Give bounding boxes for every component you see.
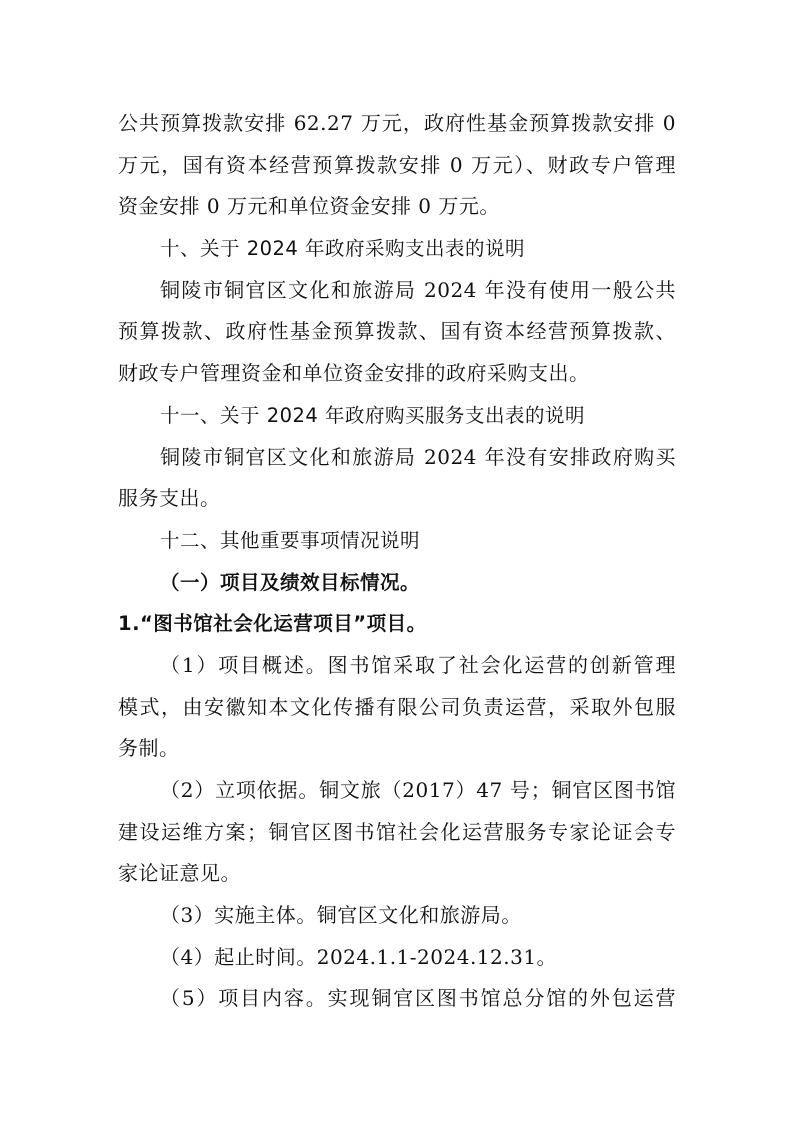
document-page: 公共预算拨款安排 62.27 万元，政府性基金预算拨款安排 0 万元，国有资本经… <box>118 103 676 1020</box>
paragraph-line: 建设运维方案；铜官区图书馆社会化运营服务专家论证会专 <box>118 812 676 854</box>
paragraph-line: 财政专户管理资金和单位资金安排的政府采购支出。 <box>118 353 676 395</box>
paragraph-line: 资金安排 0 万元和单位资金安排 0 万元。 <box>118 186 676 228</box>
paragraph-line: 铜陵市铜官区文化和旅游局 2024 年没有使用一般公共 <box>118 270 676 312</box>
paragraph-line: 服务支出。 <box>118 478 676 520</box>
paragraph-line: （1）项目概述。图书馆采取了社会化运营的创新管理 <box>118 645 676 687</box>
paragraph-line: （5）项目内容。实现铜官区图书馆总分馆的外包运营 <box>118 978 676 1020</box>
paragraph-line: （4）起止时间。2024.1.1-2024.12.31。 <box>118 937 676 979</box>
paragraph-line: （3）实施主体。铜官区文化和旅游局。 <box>118 895 676 937</box>
paragraph-line: 万元，国有资本经营预算拨款安排 0 万元）、财政专户管理 <box>118 145 676 187</box>
section-heading-11: 十一、关于 2024 年政府购买服务支出表的说明 <box>118 395 676 437</box>
paragraph-line: 预算拨款、政府性基金预算拨款、国有资本经营预算拨款、 <box>118 311 676 353</box>
paragraph-line: 铜陵市铜官区文化和旅游局 2024 年没有安排政府购买 <box>118 437 676 479</box>
subsection-heading: （一）项目及绩效目标情况。 <box>118 562 676 604</box>
section-heading-10: 十、关于 2024 年政府采购支出表的说明 <box>118 228 676 270</box>
section-heading-12: 十二、其他重要事项情况说明 <box>118 520 676 562</box>
paragraph-line: 务制。 <box>118 728 676 770</box>
paragraph-line: 家论证意见。 <box>118 853 676 895</box>
paragraph-line: 公共预算拨款安排 62.27 万元，政府性基金预算拨款安排 0 <box>118 103 676 145</box>
paragraph-line: 模式，由安徽知本文化传播有限公司负责运营，采取外包服 <box>118 687 676 729</box>
project-heading: 1.“图书馆社会化运营项目”项目。 <box>118 603 676 645</box>
paragraph-line: （2）立项依据。铜文旅（2017）47 号；铜官区图书馆 <box>118 770 676 812</box>
